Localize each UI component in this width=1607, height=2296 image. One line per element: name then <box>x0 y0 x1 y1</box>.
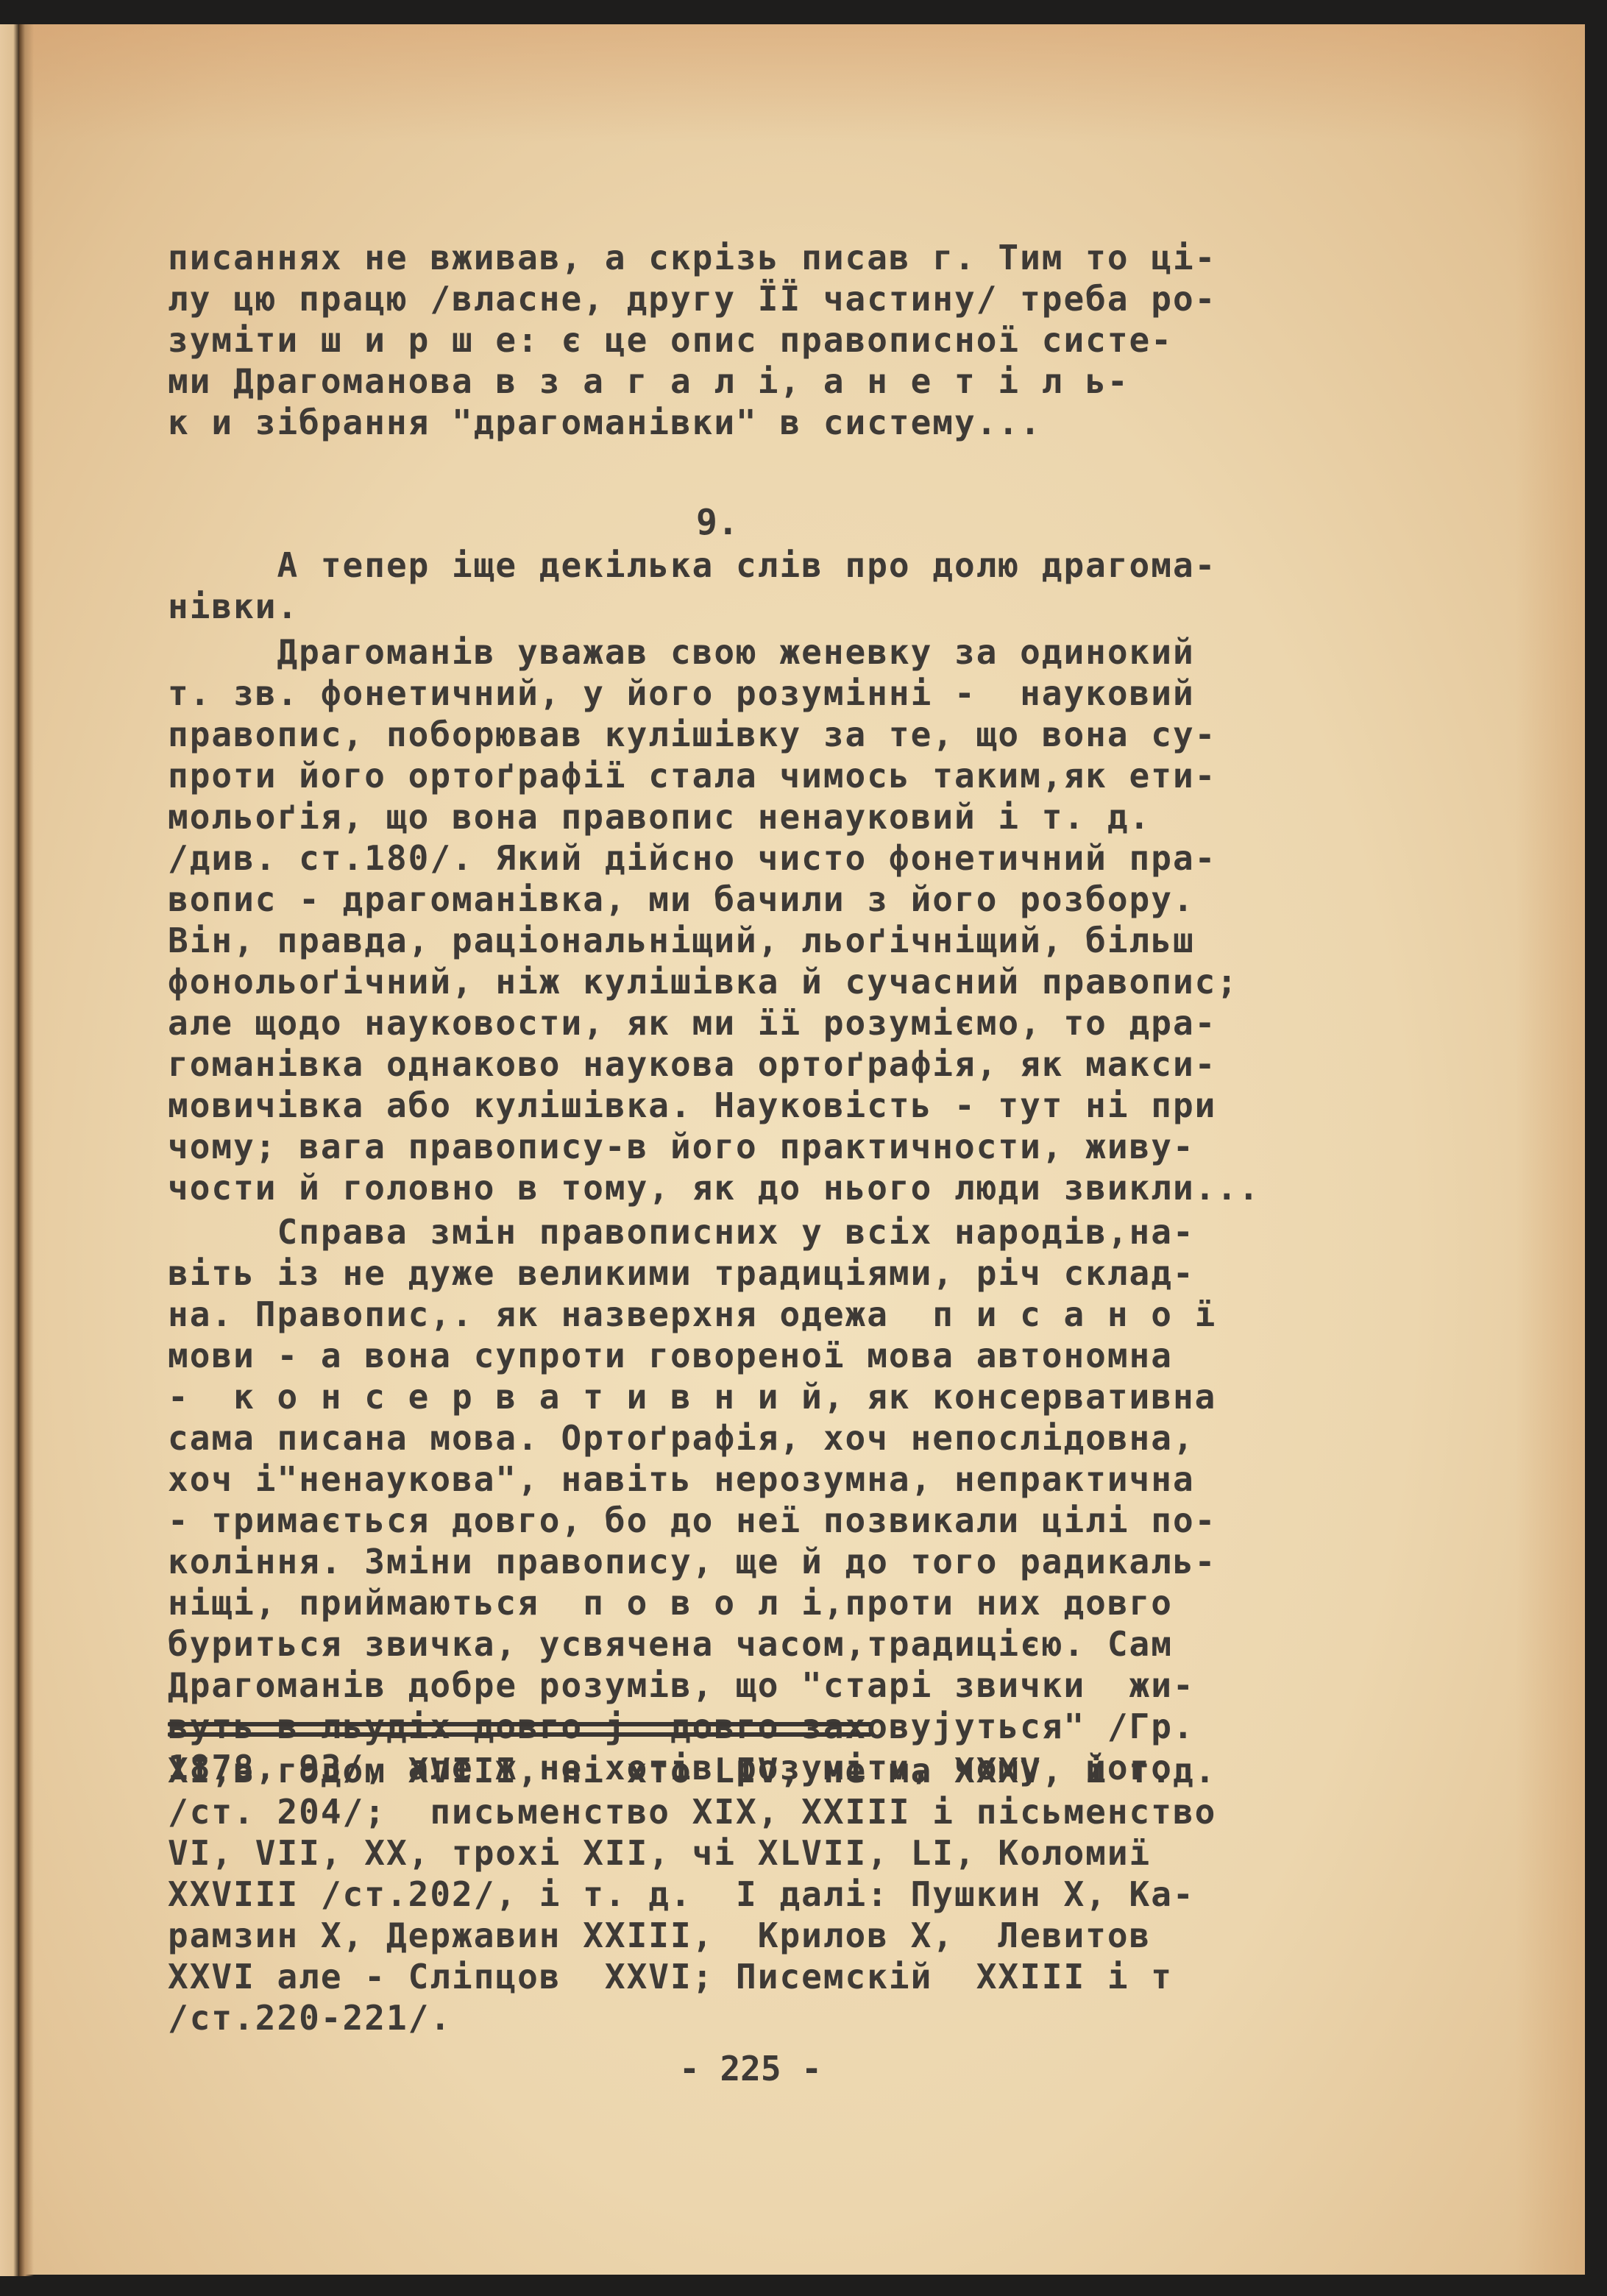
text-line: чому; вага правопису-в його практичности… <box>168 1126 1195 1167</box>
footnote-line: XI,в годом XVIII, ні хто LIV, не ма XXXV… <box>168 1750 1216 1791</box>
text-line: писаннях не вживав, а скрізь писав г. Ти… <box>168 237 1216 278</box>
text-line: т. зв. фонетичний, у його розумінні - на… <box>168 673 1195 714</box>
text-line: Справа змін правописних у всіх народів,н… <box>168 1211 1195 1252</box>
binding-gutter-shadow <box>19 24 34 2276</box>
text-line: А тепер іще декілька слів про долю драго… <box>168 545 1216 586</box>
text-line: проти його ортоґрафії стала чимось таким… <box>168 755 1216 796</box>
text-line: гоманівка однаково наукова ортоґрафія, я… <box>168 1044 1216 1085</box>
footnote-line: VI, VII, XX, трохі XII, чі XLVII, LI, Ко… <box>168 1832 1151 1874</box>
text-line: на. Правопис,. як назверхня одежа п и с … <box>168 1294 1216 1335</box>
footnote-line: XXVIII /ст.202/, і т. д. І далі: Пушкин … <box>168 1874 1195 1915</box>
page-number: - 225 - <box>662 2049 839 2088</box>
text-line: сама писана мова. Ортоґрафія, хоч непосл… <box>168 1417 1195 1459</box>
text-line: к и зібрання "драгоманівки" в систему... <box>168 402 1042 443</box>
text-line: мовичівка або кулішівка. Науковість - ту… <box>168 1085 1216 1126</box>
footnote-line: /ст. 204/; письменство XIX, XXIII і пісь… <box>168 1791 1216 1832</box>
text-line: зуміти ш и р ш е: є це опис правописної … <box>168 319 1173 361</box>
page-top-discoloration <box>22 24 1585 142</box>
text-line: /див. ст.180/. Який дійсно чисто фонетич… <box>168 837 1216 879</box>
text-line: чости й головно в тому, як до нього люди… <box>168 1167 1260 1208</box>
text-line: нівки. <box>168 586 299 627</box>
text-line: буриться звичка, усвячена часом,традиціє… <box>168 1623 1173 1665</box>
text-line: Він, правда, раціональніщий, льоґічніщий… <box>168 920 1195 961</box>
footnote-separator-bottom <box>168 1732 871 1737</box>
text-line: Драгоманів добре розумів, що "старі звич… <box>168 1665 1195 1706</box>
footnote-line: /ст.220-221/. <box>168 1997 452 2038</box>
text-line: коління. Зміни правопису, ще й до того р… <box>168 1541 1216 1582</box>
text-line: - к о н с е р в а т и в н и й, як консер… <box>168 1376 1216 1417</box>
footnote-line: XXVI але - Слiпцов XXVI; Писемскій XXIII… <box>168 1956 1173 1997</box>
text-line: ніщі, приймаються п о в о л і,проти них … <box>168 1582 1173 1623</box>
text-line: хоч і"ненаукова", навіть нерозумна, непр… <box>168 1459 1195 1500</box>
text-line: мольоґія, що вона правопис ненауковий і … <box>168 796 1151 837</box>
page-right-discoloration <box>1516 24 1585 2275</box>
text-line: але щодо науковости, як ми її розуміємо,… <box>168 1002 1216 1044</box>
text-line: віть із не дуже великими традиціями, річ… <box>168 1252 1195 1294</box>
text-line: ми Драгоманова в з а г а л і, а н е т і … <box>168 361 1129 402</box>
footnote-separator-top <box>168 1722 871 1726</box>
text-line: Драгоманів уважав свою женевку за одинок… <box>168 631 1195 673</box>
text-line: лу цю працю /власне, другу ЇЇ частину/ т… <box>168 278 1216 319</box>
section-heading: 9. <box>696 502 739 543</box>
text-line: вопис - драгоманівка, ми бачили з його р… <box>168 879 1195 920</box>
text-line: правопис, поборював кулішівку за те, що … <box>168 714 1216 755</box>
text-line: вуть в льудіх довго ј довго заховујуться… <box>168 1706 1195 1747</box>
text-line: мови - а вона супроти говореної мова авт… <box>168 1335 1173 1376</box>
text-line: - тримається довго, бо до неї позвикали … <box>168 1500 1216 1541</box>
previous-page-edge <box>0 24 19 2276</box>
footnote-line: рамзин X, Державин XXIII, Крилов X, Леви… <box>168 1915 1151 1956</box>
text-line: фонольоґічний, ніж кулішівка й сучасний … <box>168 961 1238 1002</box>
